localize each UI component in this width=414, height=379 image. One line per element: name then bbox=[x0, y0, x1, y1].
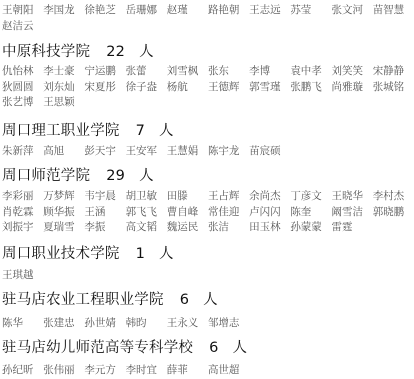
person-name: 杨航 bbox=[167, 80, 208, 96]
school-name: 周口职业技术学院 bbox=[2, 246, 120, 262]
person-name: 王琪越 bbox=[2, 268, 43, 284]
person-name: 孙蒙蒙 bbox=[290, 220, 331, 236]
person-name: 刘雪枫 bbox=[167, 64, 208, 80]
person-name: 王占辉 bbox=[208, 189, 249, 205]
person-name: 郭飞飞 bbox=[126, 205, 167, 221]
person-name: 刘东灿 bbox=[43, 80, 84, 96]
person-name: 宋静静 bbox=[373, 64, 414, 80]
person-name: 赵洁云 bbox=[2, 19, 43, 35]
person-name: 张艺博 bbox=[2, 95, 43, 111]
person-name: 苗智慧 bbox=[373, 3, 414, 19]
person-name: 王晓华 bbox=[332, 189, 373, 205]
school-name: 周口理工职业学院 bbox=[2, 123, 120, 139]
person-name: 张鹏飞 bbox=[290, 80, 331, 96]
name-list: 孙纪昕 张伟丽 李元方 李时宜 薛菲 高世超 bbox=[2, 363, 414, 379]
person-name: 阚雪洁 bbox=[332, 205, 373, 221]
person-name: 万梦辉 bbox=[43, 189, 84, 205]
person-name: 路艳朝 bbox=[208, 3, 249, 19]
person-name: 顾华振 bbox=[43, 205, 84, 221]
person-name: 李彩丽 bbox=[2, 189, 43, 205]
name-list-document: 王朝阳 李国龙 徐艳芝 岳珊娜 赵瑾 路艳朝 王志远 苏莹 张文河 苗智慧 赵洁… bbox=[0, 0, 414, 379]
person-name: 韩昀 bbox=[126, 316, 167, 332]
person-name: 张城铭 bbox=[373, 80, 414, 96]
person-name: 宁运鹏 bbox=[84, 64, 125, 80]
person-name: 王志远 bbox=[249, 3, 290, 19]
student-count: 6 bbox=[180, 292, 189, 308]
person-name: 郭雪瑾 bbox=[249, 80, 290, 96]
person-name: 宋夏彤 bbox=[84, 80, 125, 96]
person-name: 朱新萍 bbox=[2, 144, 43, 160]
person-name: 张蕾 bbox=[126, 64, 167, 80]
school-heading: 周口师范学院29人 bbox=[2, 164, 154, 185]
person-name: 岳珊娜 bbox=[126, 3, 167, 19]
name-list-continued: 王朝阳 李国龙 徐艳芝 岳珊娜 赵瑾 路艳朝 王志远 苏莹 张文河 苗智慧 赵洁… bbox=[2, 3, 414, 34]
student-count: 22 bbox=[106, 44, 125, 60]
person-name: 徐子盎 bbox=[126, 80, 167, 96]
school-heading: 周口理工职业学院7人 bbox=[2, 119, 174, 140]
person-name: 张文河 bbox=[332, 3, 373, 19]
person-name: 李村杰 bbox=[373, 189, 414, 205]
school-heading: 周口职业技术学院1人 bbox=[2, 242, 174, 263]
person-name: 李振 bbox=[84, 220, 125, 236]
person-name: 曹自峰 bbox=[167, 205, 208, 221]
name-list: 王琪越 bbox=[2, 268, 414, 284]
person-name: 刘笑笑 bbox=[332, 64, 373, 80]
person-name: 张伟丽 bbox=[43, 363, 84, 379]
person-name: 夏瑞雪 bbox=[43, 220, 84, 236]
person-name: 田滕 bbox=[167, 189, 208, 205]
person-name: 狄圆圆 bbox=[2, 80, 43, 96]
person-name: 邹增志 bbox=[208, 316, 249, 332]
person-name: 李时宜 bbox=[126, 363, 167, 379]
person-name: 李元方 bbox=[84, 363, 125, 379]
student-count: 29 bbox=[106, 168, 125, 184]
person-name: 王思颖 bbox=[43, 95, 84, 111]
person-name: 张建忠 bbox=[43, 316, 84, 332]
person-name: 苗宸硕 bbox=[249, 144, 290, 160]
person-name: 王朝阳 bbox=[2, 3, 43, 19]
count-unit: 人 bbox=[159, 123, 174, 139]
person-name: 胡卫敏 bbox=[126, 189, 167, 205]
school-name: 驻马店农业工程职业学院 bbox=[2, 292, 164, 308]
school-heading: 驻马店农业工程职业学院6人 bbox=[2, 288, 218, 309]
person-name: 高旭 bbox=[43, 144, 84, 160]
person-name: 孙纪昕 bbox=[2, 363, 43, 379]
school-heading: 中原科技学院22人 bbox=[2, 40, 154, 61]
student-count: 7 bbox=[136, 123, 145, 139]
person-name: 高世超 bbox=[208, 363, 249, 379]
person-name: 李国龙 bbox=[43, 3, 84, 19]
person-name: 王慧娟 bbox=[167, 144, 208, 160]
count-unit: 人 bbox=[159, 246, 174, 262]
person-name: 田玉林 bbox=[249, 220, 290, 236]
person-name: 刘振宇 bbox=[2, 220, 43, 236]
school-name: 中原科技学院 bbox=[2, 44, 90, 60]
person-name: 雷霆 bbox=[332, 220, 373, 236]
person-name: 王涵 bbox=[84, 205, 125, 221]
person-name: 袁中孝 bbox=[290, 64, 331, 80]
student-count: 6 bbox=[209, 340, 218, 356]
person-name: 孙世婧 bbox=[84, 316, 125, 332]
person-name: 陈华 bbox=[2, 316, 43, 332]
person-name: 薛菲 bbox=[167, 363, 208, 379]
count-unit: 人 bbox=[139, 168, 154, 184]
count-unit: 人 bbox=[139, 44, 154, 60]
person-name: 陈奎 bbox=[290, 205, 331, 221]
count-unit: 人 bbox=[233, 340, 248, 356]
person-name: 肖乾霖 bbox=[2, 205, 43, 221]
person-name: 常佳迎 bbox=[208, 205, 249, 221]
school-heading: 驻马店幼儿师范高等专科学校6人 bbox=[2, 336, 247, 357]
person-name: 仇怡林 bbox=[2, 64, 43, 80]
person-name: 张东 bbox=[208, 64, 249, 80]
person-name: 苏莹 bbox=[290, 3, 331, 19]
person-name: 徐艳芝 bbox=[84, 3, 125, 19]
person-name: 陈宇龙 bbox=[208, 144, 249, 160]
name-list: 朱新萍 高旭 彭天宇 王安军 王慧娟 陈宇龙 苗宸硕 bbox=[2, 144, 414, 160]
count-unit: 人 bbox=[203, 292, 218, 308]
person-name: 卢闪闪 bbox=[249, 205, 290, 221]
person-name: 李士豪 bbox=[43, 64, 84, 80]
person-name: 李博 bbox=[249, 64, 290, 80]
person-name: 尚雅璇 bbox=[332, 80, 373, 96]
student-count: 1 bbox=[136, 246, 145, 262]
school-name: 驻马店幼儿师范高等专科学校 bbox=[2, 340, 193, 356]
name-list: 仇怡林 李士豪 宁运鹏 张蕾 刘雪枫 张东 李博 袁中孝 刘笑笑 宋静静 狄圆圆… bbox=[2, 64, 414, 111]
name-list: 李彩丽 万梦辉 韦宇晨 胡卫敏 田滕 王占辉 余尚杰 丁彦文 王晓华 李村杰 肖… bbox=[2, 189, 414, 236]
person-name: 彭天宇 bbox=[84, 144, 125, 160]
person-name: 王安军 bbox=[126, 144, 167, 160]
person-name: 余尚杰 bbox=[249, 189, 290, 205]
person-name: 丁彦文 bbox=[290, 189, 331, 205]
name-list: 陈华 张建忠 孙世婧 韩昀 王永义 邹增志 bbox=[2, 316, 414, 332]
person-name: 高文韬 bbox=[126, 220, 167, 236]
person-name: 魏运民 bbox=[167, 220, 208, 236]
person-name: 王永义 bbox=[167, 316, 208, 332]
school-name: 周口师范学院 bbox=[2, 168, 90, 184]
person-name: 郭晓鹏 bbox=[373, 205, 414, 221]
person-name: 韦宇晨 bbox=[84, 189, 125, 205]
person-name: 王德辉 bbox=[208, 80, 249, 96]
person-name: 赵瑾 bbox=[167, 3, 208, 19]
person-name: 张洁 bbox=[208, 220, 249, 236]
